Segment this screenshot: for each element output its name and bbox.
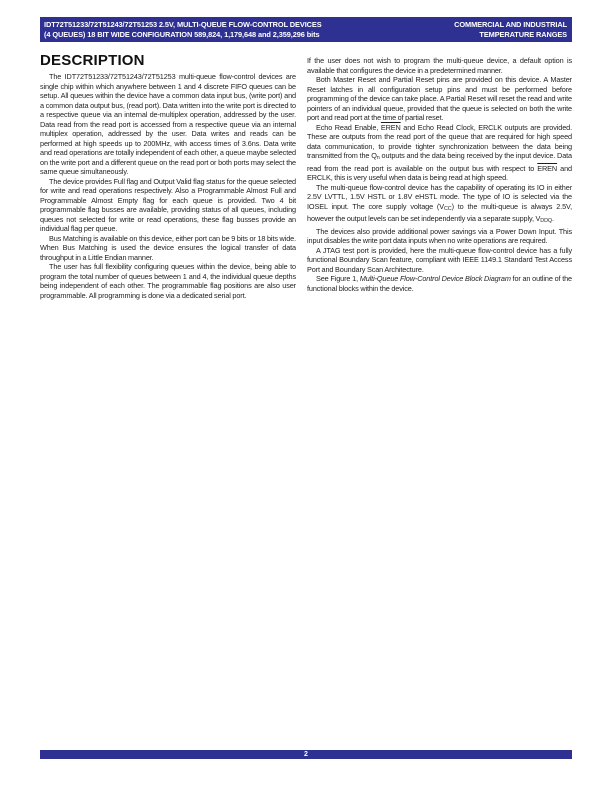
text-segment: EREN bbox=[537, 164, 557, 173]
temperature-range-label: COMMERCIAL AND INDUSTRIAL TEMPERATURE RA… bbox=[454, 20, 567, 40]
paragraph: If the user does not wish to program the… bbox=[307, 56, 572, 75]
paragraph: Both Master Reset and Partial Reset pins… bbox=[307, 75, 572, 123]
text-segment: If the user does not wish to program the… bbox=[307, 56, 572, 75]
part-number-title: IDT72T51233/72T51243/72T51253 2.5V, MULT… bbox=[44, 20, 322, 40]
text-segment: Multi-Queue Flow-Control Device Block Di… bbox=[360, 274, 511, 283]
description-heading: DESCRIPTION bbox=[40, 52, 145, 69]
temperature-range-line2: TEMPERATURE RANGES bbox=[454, 30, 567, 40]
footer-page-bar: 2 bbox=[40, 750, 572, 759]
text-segment: A JTAG test port is provided, here the m… bbox=[307, 246, 572, 274]
text-segment: The IDT72T51233/72T51243/72T51253 multi-… bbox=[40, 72, 296, 176]
body-column-left: The IDT72T51233/72T51243/72T51253 multi-… bbox=[40, 72, 296, 300]
text-segment: EREN bbox=[381, 123, 401, 132]
part-number-title-line1: IDT72T51233/72T51243/72T51253 2.5V, MULT… bbox=[44, 20, 322, 30]
paragraph: The multi-queue flow-control device has … bbox=[307, 183, 572, 227]
temperature-range-line1: COMMERCIAL AND INDUSTRIAL bbox=[454, 20, 567, 30]
paragraph: A JTAG test port is provided, here the m… bbox=[307, 246, 572, 275]
paragraph: The device provides Full flag and Output… bbox=[40, 177, 296, 234]
text-segment: The device provides Full flag and Output… bbox=[40, 177, 296, 234]
text-segment: Both Master Reset and Partial Reset pins… bbox=[307, 75, 572, 122]
paragraph: The user has full flexibility configurin… bbox=[40, 262, 296, 300]
text-segment: Echo Read Enable, bbox=[316, 123, 381, 132]
text-segment: The devices also provide additional powe… bbox=[307, 227, 572, 246]
paragraph: Echo Read Enable, EREN and Echo Read Clo… bbox=[307, 123, 572, 183]
part-number-title-line2: (4 QUEUES) 18 BIT WIDE CONFIGURATION 589… bbox=[44, 30, 322, 40]
header-banner: IDT72T51233/72T51243/72T51253 2.5V, MULT… bbox=[40, 17, 572, 42]
text-segment: See Figure 1, bbox=[316, 274, 360, 283]
paragraph: See Figure 1, Multi-Queue Flow-Control D… bbox=[307, 274, 572, 293]
text-segment: Bus Matching is available on this device… bbox=[40, 234, 296, 262]
text-segment: The user has full flexibility configurin… bbox=[40, 262, 296, 300]
paragraph: The IDT72T51233/72T51243/72T51253 multi-… bbox=[40, 72, 296, 177]
page-number: 2 bbox=[304, 750, 308, 759]
text-segment: DDQ bbox=[540, 218, 552, 224]
datasheet-page: IDT72T51233/72T51243/72T51253 2.5V, MULT… bbox=[0, 0, 612, 792]
paragraph: The devices also provide additional powe… bbox=[307, 227, 572, 246]
paragraph: Bus Matching is available on this device… bbox=[40, 234, 296, 263]
text-segment: CC bbox=[444, 206, 452, 212]
body-column-right: If the user does not wish to program the… bbox=[307, 56, 572, 293]
text-segment: . bbox=[552, 214, 554, 223]
